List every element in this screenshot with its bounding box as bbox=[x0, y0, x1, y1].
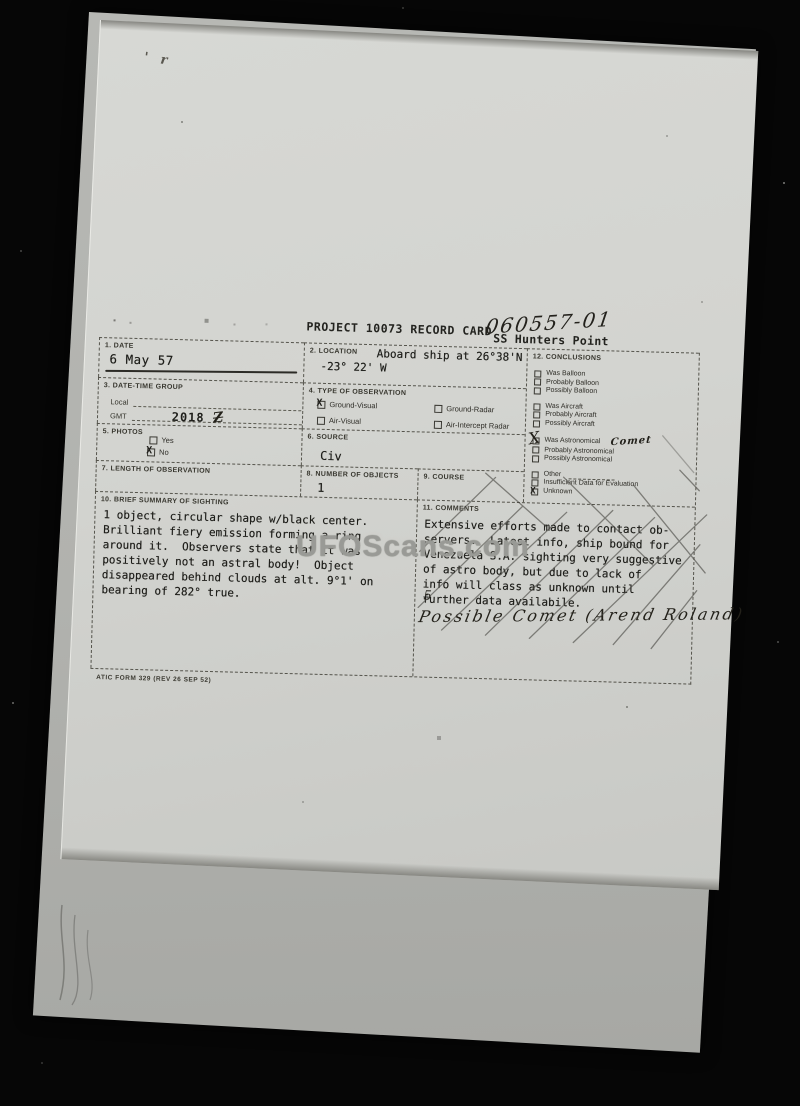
handwritten-comet-note: Possible Comet (Arend Roland) bbox=[417, 604, 746, 626]
field-date-label: 1. DATE bbox=[105, 342, 134, 351]
ink-smudges bbox=[114, 319, 116, 321]
checkbox-possibly-balloon bbox=[534, 387, 541, 394]
checkbox-air-visual bbox=[317, 416, 325, 424]
field-source: 6. SOURCE Civ bbox=[301, 428, 525, 471]
conclusion-label: Possibly Balloon bbox=[546, 387, 598, 397]
observation-label: Ground-Visual bbox=[329, 400, 377, 410]
field-conclusions-label: 12. CONCLUSIONS bbox=[533, 353, 602, 363]
checkbox-was-aircraft bbox=[533, 403, 540, 410]
number-of-objects-value: 1 bbox=[317, 481, 325, 495]
checkbox-photos-no bbox=[147, 448, 155, 456]
checkbox-was-balloon bbox=[534, 370, 541, 377]
form-number: ATIC FORM 329 (REV 26 SEP 52) bbox=[96, 674, 211, 684]
observation-option: Air-Intercept Radar bbox=[434, 420, 510, 431]
date-value: 6 May 57 bbox=[109, 351, 174, 368]
checkbox-unknown bbox=[531, 488, 538, 495]
observation-label: Air-Intercept Radar bbox=[446, 420, 510, 431]
conclusions-astronomical-group: Was AstronomicalComet Probably Astronomi… bbox=[532, 435, 694, 467]
record-table: 1. DATE 6 May 57 2. LOCATION Aboard ship… bbox=[90, 337, 699, 685]
field-location: 2. LOCATION Aboard ship at 26°38'N -23° … bbox=[303, 342, 527, 388]
field-photos-label: 5. PHOTOS bbox=[103, 428, 144, 437]
field-type-of-observation-label: 4. TYPE OF OBSERVATION bbox=[309, 387, 407, 398]
conclusions-aircraft-group: Was Aircraft Probably Aircraft Possibly … bbox=[533, 402, 695, 432]
field-brief-summary: 10. BRIEF SUMMARY OF SIGHTING 1 object, … bbox=[90, 491, 417, 676]
location-value-line1: Aboard ship at 26°38'N bbox=[377, 347, 523, 364]
conclusion-label: Was Astronomical bbox=[544, 436, 600, 446]
checkbox-probably-astronomical bbox=[532, 447, 539, 454]
hand-underline bbox=[105, 370, 297, 374]
handwritten-z-struck: Z bbox=[212, 410, 224, 427]
field-comments-label: 11. COMMENTS bbox=[423, 505, 480, 514]
observation-option: Ground-Radar bbox=[434, 404, 494, 415]
observation-option: Air-Visual bbox=[317, 416, 361, 426]
conclusions-balloon-group: Was Balloon Probably Balloon Possibly Ba… bbox=[534, 369, 696, 399]
checkbox-air-intercept-radar bbox=[434, 420, 442, 428]
checkbox-was-astronomical bbox=[532, 437, 539, 444]
fill-in-line bbox=[568, 472, 614, 480]
field-comments: 11. COMMENTS Extensive efforts made to c… bbox=[412, 499, 695, 683]
checkbox-probably-balloon bbox=[534, 379, 541, 386]
field-location-label: 2. LOCATION bbox=[310, 348, 358, 357]
photos-option: Yes bbox=[149, 435, 173, 445]
observation-option: Ground-Visual bbox=[317, 400, 377, 411]
field-datetime-group-label: 3. DATE-TIME GROUP bbox=[104, 382, 183, 392]
card-title: PROJECT 10073 RECORD CARD bbox=[306, 319, 492, 338]
field-source-label: 6. SOURCE bbox=[307, 433, 348, 442]
field-course-label: 9. COURSE bbox=[423, 474, 464, 483]
field-length-of-observation-label: 7. LENGTH OF OBSERVATION bbox=[102, 465, 211, 476]
location-value-line2: -23° 22' W bbox=[320, 360, 387, 375]
observation-label: Air-Visual bbox=[329, 416, 361, 426]
field-conclusions: 12. CONCLUSIONS Was Balloon Probably Bal… bbox=[523, 348, 699, 506]
ship-name: SS Hunters Point bbox=[493, 331, 609, 348]
gmt-label: GMT bbox=[110, 411, 127, 420]
field-date: 1. DATE 6 May 57 bbox=[98, 337, 304, 382]
conclusion-label: Possibly Astronomical bbox=[544, 455, 612, 465]
field-number-of-objects: 8. NUMBER OF OBJECTS 1 bbox=[300, 465, 418, 499]
photos-option-label: Yes bbox=[161, 436, 173, 445]
record-card: PROJECT 10073 RECORD CARD 060557-01 SS H… bbox=[90, 303, 712, 704]
checkbox-photos-yes bbox=[149, 436, 157, 444]
field-datetime-group: 3. DATE-TIME GROUP Local GMT2018Z bbox=[97, 377, 303, 428]
checkbox-possibly-aircraft bbox=[533, 420, 540, 427]
handwritten-mark: 5 bbox=[423, 589, 432, 604]
conclusion-label: Possibly Aircraft bbox=[545, 420, 595, 430]
checkbox-probably-aircraft bbox=[533, 412, 540, 419]
field-photos: 5. PHOTOS Yes No bbox=[96, 423, 302, 465]
field-course: 9. COURSE bbox=[417, 468, 524, 502]
field-brief-summary-label: 10. BRIEF SUMMARY OF SIGHTING bbox=[101, 496, 229, 507]
handwritten-comet-annotation: Comet bbox=[610, 434, 652, 448]
checkbox-other bbox=[532, 471, 539, 478]
watermark-text: UFOScans.com bbox=[296, 531, 530, 563]
checkbox-possibly-astronomical bbox=[532, 455, 539, 462]
checkbox-ground-visual bbox=[317, 400, 325, 408]
photos-option-label: No bbox=[159, 448, 169, 457]
field-type-of-observation: 4. TYPE OF OBSERVATION Ground-Visual Gro… bbox=[302, 382, 526, 434]
observation-label: Ground-Radar bbox=[446, 404, 494, 414]
paper-flecks bbox=[0, 0, 2, 2]
photos-option: No bbox=[147, 447, 169, 457]
gmt-value: 2018 bbox=[172, 410, 205, 425]
conclusion-label: Unknown bbox=[543, 488, 572, 497]
scanned-photo-canvas: ' r PROJECT 10073 RECORD CARD 060557-01 … bbox=[0, 0, 800, 1106]
conclusions-other-group: Other Insufficient Data for Evaluation U… bbox=[531, 470, 693, 500]
local-label: Local bbox=[110, 397, 128, 406]
checkbox-ground-radar bbox=[434, 404, 442, 412]
conclusions-list: Was Balloon Probably Balloon Possibly Ba… bbox=[531, 369, 695, 507]
source-value: Civ bbox=[320, 449, 342, 464]
field-number-of-objects-label: 8. NUMBER OF OBJECTS bbox=[306, 470, 398, 480]
